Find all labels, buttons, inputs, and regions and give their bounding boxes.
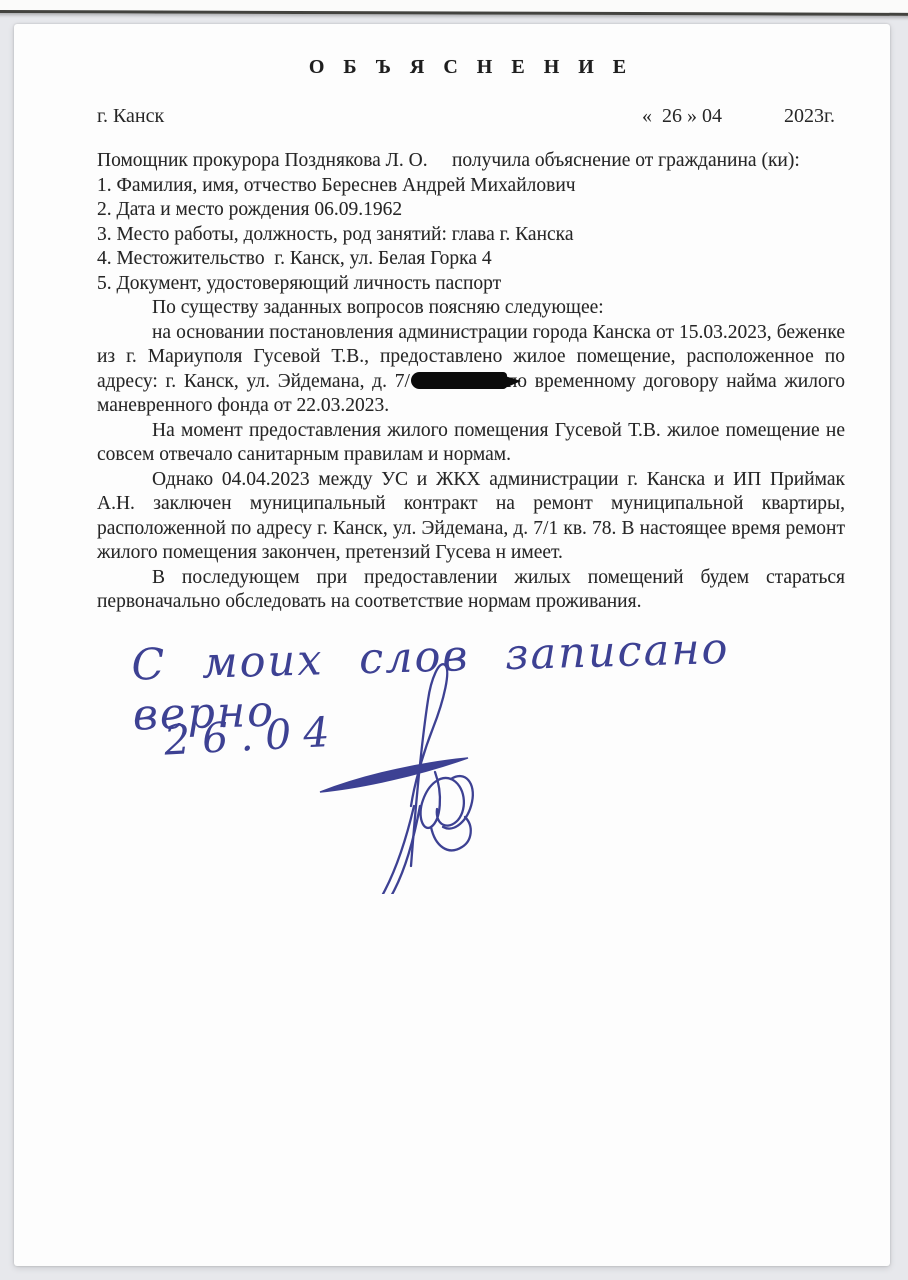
city-label: г. Канск	[97, 105, 164, 128]
item-work: 3. Место работы, должность, род занятий:…	[97, 223, 845, 248]
paragraph-future: В последующем при предоставлении жилых п…	[97, 566, 845, 615]
document-body: Помощник прокурора Позднякова Л. О. полу…	[97, 149, 845, 615]
paragraph-housing-provided: на основании постановления администрации…	[97, 321, 845, 419]
item-surname: 1. Фамилия, имя, отчество Береснев Андре…	[97, 174, 845, 199]
paragraph-contract: Однако 04.04.2023 между УС и ЖКХ админис…	[97, 468, 845, 566]
previous-page-edge	[0, 0, 908, 16]
item-id-document: 5. Документ, удостоверяющий личность пас…	[97, 272, 845, 297]
item-residence: 4. Местожительство г. Канск, ул. Белая Г…	[97, 247, 845, 272]
signature	[314, 654, 504, 894]
date-day: « 26 » 04	[642, 105, 722, 128]
date-field: « 26 » 04 2023г.	[642, 105, 845, 128]
intro-line: Помощник прокурора Позднякова Л. О. полу…	[97, 149, 845, 174]
document-title: О Б Ъ Я С Н Е Н И Е	[97, 56, 845, 79]
item-birth: 2. Дата и место рождения 06.09.1962	[97, 198, 845, 223]
meta-row: г. Канск « 26 » 04 2023г.	[97, 105, 845, 128]
paragraph-sanitary: На момент предоставления жилого помещени…	[97, 419, 845, 468]
redaction-box	[411, 372, 507, 389]
document-page: О Б Ъ Я С Н Е Н И Е г. Канск « 26 » 04 2…	[14, 24, 890, 1266]
lead-line: По существу заданных вопросов поясняю сл…	[97, 296, 845, 321]
date-year: 2023г.	[784, 105, 835, 128]
